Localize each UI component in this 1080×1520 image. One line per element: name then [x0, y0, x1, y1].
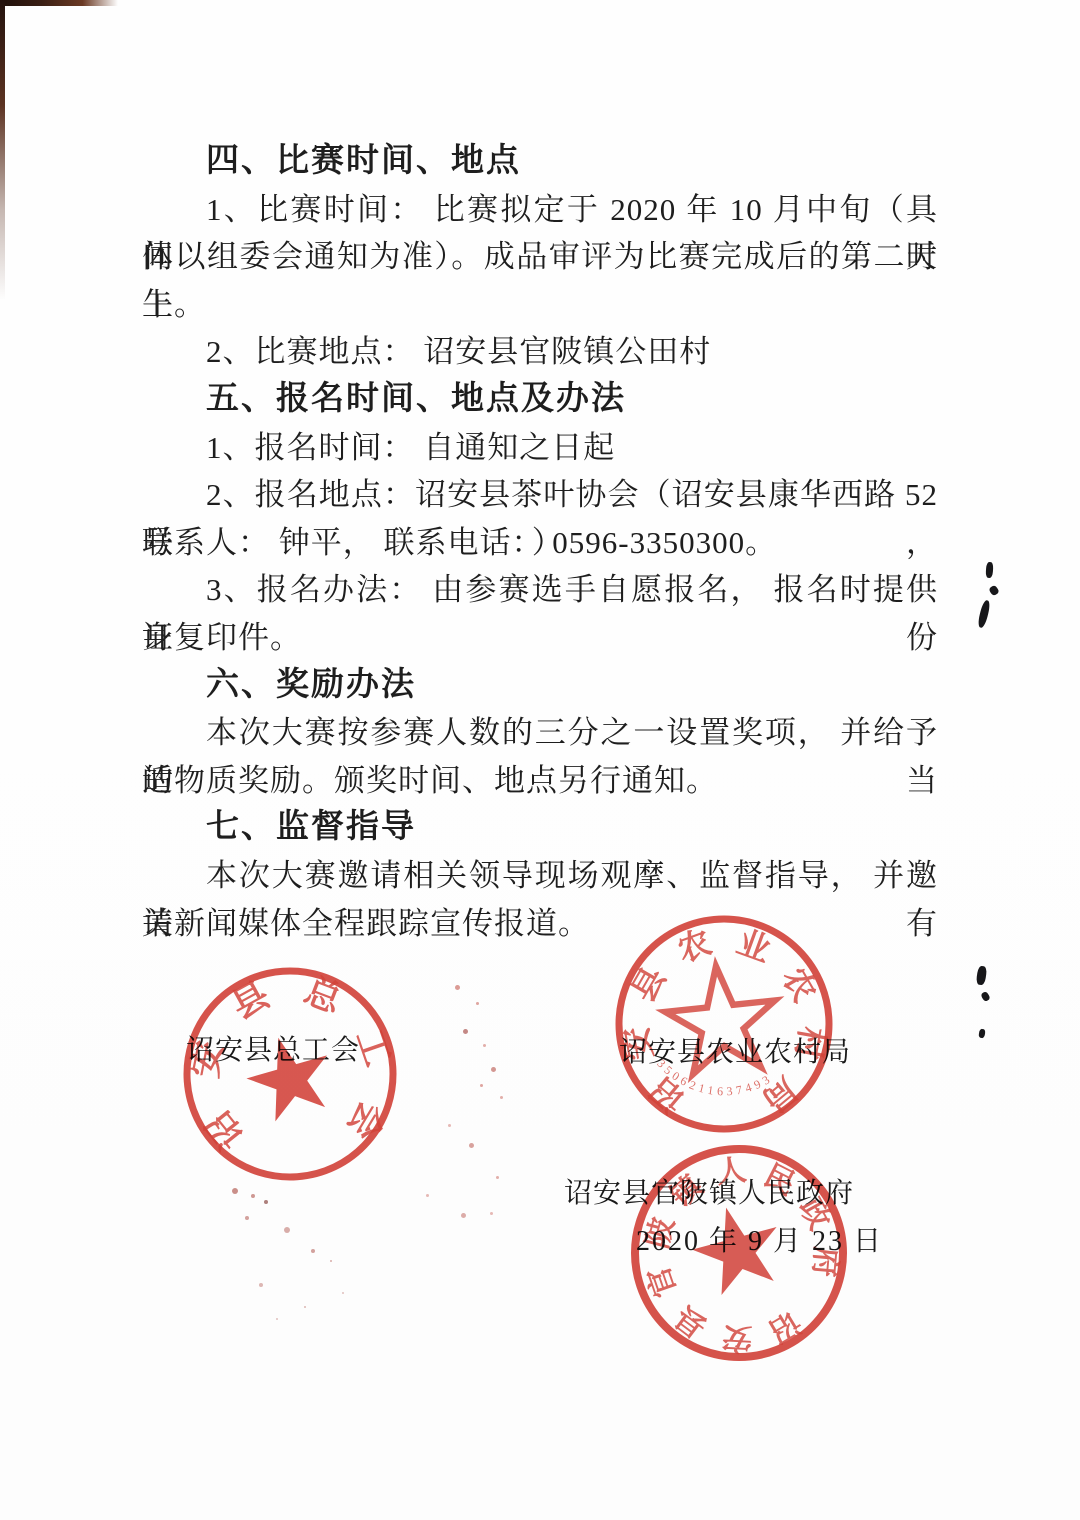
scan-edge-left — [0, 0, 5, 300]
section-heading-line: 七、监督指导 — [142, 804, 938, 852]
svg-text:总: 总 — [299, 970, 348, 1021]
black-ink-mark — [980, 991, 991, 1002]
agriculture-seal-star-icon — [661, 961, 782, 1077]
red-ink-speckles-below-union-seal — [232, 1188, 238, 1194]
black-ink-mark — [988, 585, 1000, 597]
svg-text:安: 安 — [618, 1024, 660, 1063]
svg-text:人: 人 — [714, 1153, 748, 1189]
black-ink-mark — [985, 562, 993, 578]
black-ink-mark — [977, 599, 992, 628]
union-seal-star-icon — [238, 1026, 340, 1126]
government-seal-star-icon — [684, 1196, 790, 1299]
text-line: 2、比赛地点： 诏安县官陂镇公田村 — [142, 328, 938, 376]
scan-edge-top — [0, 0, 118, 6]
svg-text:陂: 陂 — [641, 1213, 681, 1251]
red-ink-speckles-center — [455, 985, 460, 990]
union-seal-stamp: 诏 安 县 总 工 会 — [164, 948, 416, 1200]
text-line: 间以组委会通知为准）。成品审评为比赛完成后的第二天上 — [142, 233, 938, 281]
svg-text:府: 府 — [807, 1245, 842, 1278]
text-line: 3、报名办法： 由参赛选手自愿报名， 报名时提供身份 — [142, 566, 938, 614]
svg-text:安: 安 — [721, 1321, 753, 1356]
black-ink-mark — [976, 965, 988, 985]
svg-text:安: 安 — [185, 1038, 231, 1081]
text-line: 1、比赛时间： 比赛拟定于 2020 年 10 月中旬（具体时 — [142, 186, 938, 234]
svg-text:县: 县 — [225, 974, 276, 1026]
section-heading-line: 五、报名时间、地点及办法 — [142, 376, 938, 424]
government-seal-stamp: 诏 安 县 官 陂 镇 人 民 政 府 — [622, 1136, 856, 1370]
text-line: 1、报名时间： 自通知之日起 — [142, 424, 938, 472]
document-lines: 四、比赛时间、地点1、比赛时间： 比赛拟定于 2020 年 10 月中旬（具体时… — [142, 138, 938, 947]
scanned-document-page: 四、比赛时间、地点1、比赛时间： 比赛拟定于 2020 年 10 月中旬（具体时… — [0, 0, 1080, 1520]
svg-text:会: 会 — [339, 1094, 392, 1145]
svg-text:诏: 诏 — [198, 1103, 252, 1156]
agriculture-seal-stamp: 诏 安 县 农 业 农 村 局 3506211637493 — [608, 908, 840, 1140]
section-heading-line: 四、比赛时间、地点 — [142, 138, 938, 186]
svg-text:村: 村 — [788, 1024, 830, 1063]
text-line: 2、报名地点：诏安县茶叶协会（诏安县康华西路 52 号）， — [142, 471, 938, 519]
text-line: 本次大赛邀请相关领导现场观摩、监督指导， 并邀请有 — [142, 852, 938, 900]
text-line: 本次大赛按参赛人数的三分之一设置奖项， 并给予适当 — [142, 709, 938, 757]
section-heading-line: 六、奖励办法 — [142, 662, 938, 710]
text-line: 午。 — [142, 281, 938, 329]
black-ink-mark — [978, 1029, 985, 1039]
